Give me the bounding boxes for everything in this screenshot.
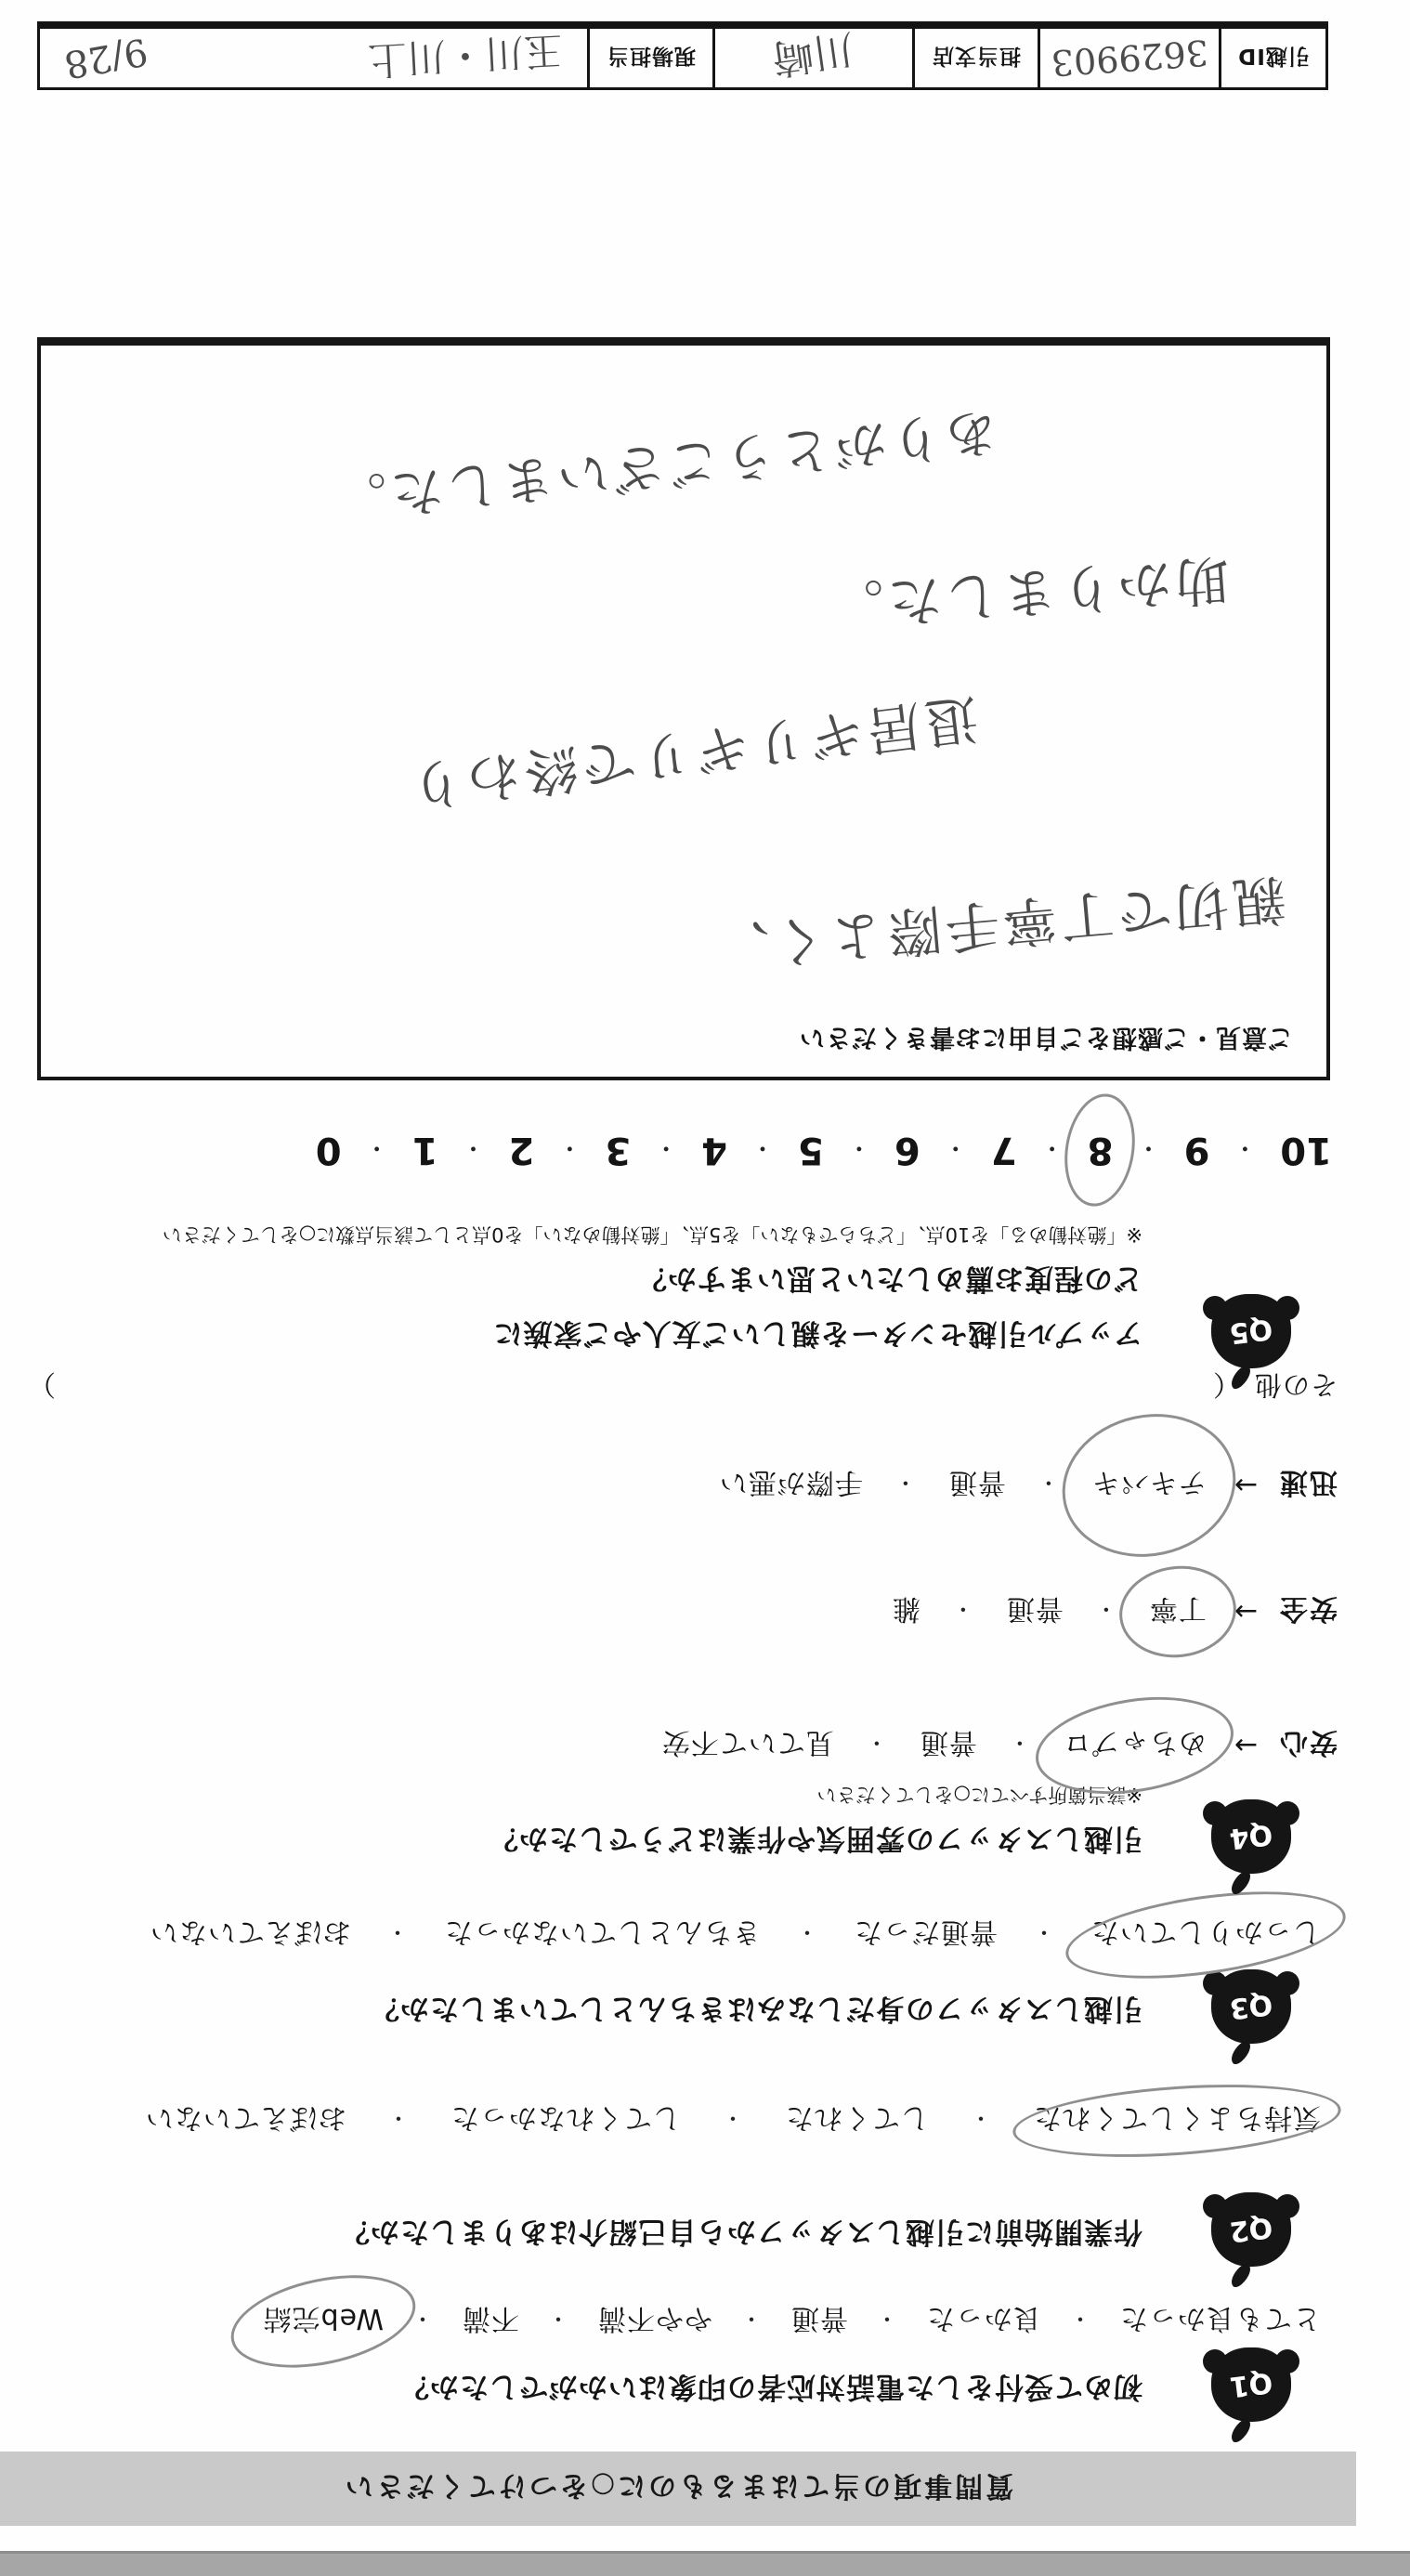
option-futsuu: 普通	[920, 1725, 977, 1766]
move-id-label: 引越ID	[1219, 29, 1325, 87]
option-totemo-yokatta: とても良かった	[1119, 2301, 1321, 2342]
row-label-anzen: 安全	[1278, 1591, 1338, 1632]
comment-box-label: ご意見・ご感想をご自由にお書きください	[799, 1022, 1293, 1058]
scale-value-1: 1	[412, 1129, 438, 1171]
scanner-edge-shadow	[0, 2551, 1410, 2576]
selected-option-web-kanketsu: Web完結	[263, 2301, 384, 2342]
scale-value-0: 0	[316, 1129, 342, 1171]
option-yokatta: 良かった	[926, 2301, 1041, 2342]
option-fuman: 不満	[462, 2301, 519, 2342]
q2-options: 気持ちよくしてくれた ・ してくれた ・ してくれなかった ・ おぼえていない	[145, 2100, 1321, 2141]
option-separator: ・	[952, 1596, 974, 1628]
q4-apple-icon: Q4	[1211, 1799, 1291, 1874]
scale-separator: ・	[557, 1133, 581, 1168]
q5-apple-icon: Q5	[1211, 1294, 1291, 1368]
scale-separator: ・	[654, 1133, 678, 1168]
scale-value-4: 4	[701, 1129, 727, 1171]
scale-separator: ・	[365, 1133, 389, 1168]
site-staff-value-cell: 玉川・川上 9/28	[40, 29, 587, 87]
option-separator: ・	[386, 1919, 409, 1952]
option-separator: ・	[1095, 1596, 1117, 1628]
option-futsuu: 普通	[790, 2301, 848, 2342]
leaf-icon	[1227, 1869, 1256, 1897]
q4-question-text: 引越しスタッフの雰囲気や作業はどうでしたか？	[0, 1821, 1142, 1863]
branch-label: 担当支店	[912, 29, 1038, 87]
leaf-icon	[1227, 2417, 1256, 2445]
comment-box: ご意見・ご感想をご自由にお書きください 親切で丁寧手際よく、 退居ギリギリで終わ…	[37, 337, 1330, 1080]
instruction-bar: 質問事項の当てはまるものに○をつけてください	[0, 2452, 1356, 2526]
option-separator: ・	[876, 2306, 898, 2338]
option-separator: ・	[740, 2306, 763, 2338]
option-yaya-fuman: やや不満	[597, 2301, 712, 2342]
arrow-icon: →	[1234, 1730, 1258, 1762]
scanned-survey-form-upside-down: 質問事項の当てはまるものに○をつけてください Q1 初めて受付をした電話対応者の…	[0, 0, 1410, 2576]
q4-note: ※該当箇所すべてに○をしてください	[0, 1782, 1142, 1810]
q4-row-anzen: 安全 → 丁寧 ・ 普通 ・ 雑	[892, 1591, 1338, 1632]
option-oboeteinai: おぼえていない	[145, 2100, 346, 2141]
site-staff-names: 玉川・川上	[367, 25, 565, 91]
q2-apple-icon: Q2	[1211, 2192, 1291, 2267]
selected-option-kimochiyoku: 気持ちよくしてくれた	[1033, 2100, 1321, 2141]
option-futsuu-datta: 普通だった	[854, 1915, 998, 1955]
scale-separator: ・	[944, 1133, 968, 1168]
handwritten-line-4: ありがとうございました。	[329, 398, 1001, 542]
handwritten-line-3: 助かりました。	[825, 544, 1233, 650]
option-separator: ・	[1009, 1730, 1031, 1762]
option-separator: ・	[387, 2105, 410, 2138]
question-q3: Q3 引越しスタッフの身だしなみはきちんとしていましたか？	[0, 1991, 1410, 2033]
q4-other-field: その他 （ ）	[28, 1366, 1338, 1407]
scale-separator: ・	[1233, 1133, 1257, 1168]
scale-separator: ・	[1040, 1133, 1064, 1168]
scale-separator: ・	[1136, 1133, 1160, 1168]
option-shitekureta: してくれた	[785, 2100, 929, 2141]
selected-scale-value-8: 8	[1088, 1129, 1114, 1171]
q1-apple-icon: Q1	[1211, 2347, 1291, 2422]
question-q5: Q5 アップル引越センターを親しいご友人やご家族に どの程度お薦めしたいと思いま…	[0, 1222, 1410, 1357]
handwritten-line-2: 退居ギリギリで終わり	[402, 684, 984, 831]
selected-option-teinei: 丁寧	[1149, 1591, 1207, 1632]
row-label-jinsoku: 迅速	[1278, 1465, 1338, 1506]
q4-badge: Q4	[1228, 1818, 1274, 1855]
q1-options: とても良かった ・ 良かった ・ 普通 ・ やや不満 ・ 不満 ・ Web完結	[263, 2301, 1321, 2342]
option-zatsu: 雑	[892, 1591, 920, 1632]
q4-row-anshin: 安心 → めちゃプロ ・ 普通 ・ 見ていて不安	[661, 1725, 1338, 1766]
leaf-icon	[1227, 2039, 1256, 2067]
q1-question-text: 初めて受付をした電話対応者の印象はいかがでしたか？	[0, 2369, 1142, 2411]
leaf-icon	[1227, 2262, 1256, 2290]
question-q4: Q4 引越しスタッフの雰囲気や作業はどうでしたか？ ※該当箇所すべてに○をしてく…	[0, 1782, 1410, 1863]
scale-value-7: 7	[991, 1129, 1017, 1171]
scale-value-5: 5	[798, 1129, 824, 1171]
option-shitekurenakatta: してくれなかった	[450, 2100, 681, 2141]
move-id-value: 3629903	[1038, 29, 1219, 87]
option-kichinto-shitenakatta: きちんとしていなかった	[444, 1915, 761, 1955]
selected-option-mechapro: めちゃプロ	[1063, 1725, 1207, 1766]
option-separator: ・	[894, 1470, 917, 1502]
selected-option-shikkari: しっかりしていた	[1090, 1915, 1321, 1955]
scale-value-6: 6	[894, 1129, 920, 1171]
scale-separator: ・	[751, 1133, 775, 1168]
staff-id-table: 引越ID 3629903 担当支店 川崎 現場担当 玉川・川上 9/28	[37, 21, 1328, 90]
question-q1: Q1 初めて受付をした電話対応者の印象はいかがでしたか？	[0, 2369, 1410, 2411]
q1-badge: Q1	[1228, 2366, 1274, 2403]
option-separator: ・	[796, 1919, 818, 1952]
option-separator: ・	[866, 1730, 888, 1762]
nps-rating-scale: 10 ・ 9 ・ 8 ・ 7 ・ 6 ・ 5 ・ 4 ・ 3 ・ 2 ・ 1 ・…	[316, 1129, 1332, 1171]
option-separator: ・	[547, 2306, 569, 2338]
q3-badge: Q3	[1228, 1988, 1274, 2025]
branch-value: 川崎	[712, 29, 912, 87]
option-separator: ・	[722, 2105, 744, 2138]
q5-question-line2: どの程度お薦めしたいと思いますか？	[0, 1261, 1142, 1302]
site-staff-label: 現場担当	[587, 29, 712, 87]
scale-value-3: 3	[605, 1129, 631, 1171]
option-futsuu: 普通	[948, 1465, 1006, 1506]
q5-badge: Q5	[1228, 1313, 1274, 1350]
q5-question-line1: アップル引越センターを親しいご友人やご家族に	[0, 1315, 1142, 1357]
q3-question-text: 引越しスタッフの身だしなみはきちんとしていましたか？	[0, 1991, 1142, 2033]
option-tegiwa-warui: 手際が悪い	[719, 1465, 863, 1506]
handwritten-line-1: 親切で丁寧手際よく、	[711, 864, 1290, 992]
handwritten-date: 9/28	[61, 30, 150, 86]
q4-row-jinsoku: 迅速 → テキパキ ・ 普通 ・ 手際が悪い	[719, 1465, 1338, 1506]
option-miteite-fuan: 見ていて不安	[661, 1725, 834, 1766]
option-oboeteinai: おぼえていない	[150, 1915, 351, 1955]
arrow-icon: →	[1234, 1470, 1258, 1502]
q2-question-text: 作業開始前に引越しスタッフから自己紹介はありましたか？	[0, 2214, 1142, 2256]
q2-badge: Q2	[1228, 2211, 1274, 2248]
option-separator: ・	[1033, 1919, 1055, 1952]
scale-separator: ・	[847, 1133, 871, 1168]
arrow-icon: →	[1234, 1596, 1258, 1628]
scale-value-2: 2	[508, 1129, 534, 1171]
option-separator: ・	[411, 2306, 434, 2338]
q5-note: ※「絶対勧める」を10点、「どちらでもない」を5点、「絶対勧めない」を0点として…	[0, 1222, 1142, 1249]
question-q2: Q2 作業開始前に引越しスタッフから自己紹介はありましたか？	[0, 2214, 1410, 2256]
scale-separator: ・	[461, 1133, 485, 1168]
option-separator: ・	[1038, 1470, 1060, 1502]
scale-value-9: 9	[1183, 1129, 1209, 1171]
close-paren: ）	[28, 1366, 56, 1407]
q3-options: しっかりしていた ・ 普通だった ・ きちんとしていなかった ・ おぼえていない	[150, 1915, 1321, 1955]
selected-option-tekipaki: テキパキ	[1091, 1465, 1207, 1506]
scale-value-10: 10	[1280, 1129, 1332, 1171]
option-separator: ・	[970, 2105, 992, 2138]
option-separator: ・	[1069, 2306, 1091, 2338]
other-label: その他	[1254, 1368, 1338, 1406]
option-futsuu: 普通	[1006, 1591, 1064, 1632]
q3-apple-icon: Q3	[1211, 1969, 1291, 2044]
row-label-anshin: 安心	[1278, 1725, 1338, 1766]
